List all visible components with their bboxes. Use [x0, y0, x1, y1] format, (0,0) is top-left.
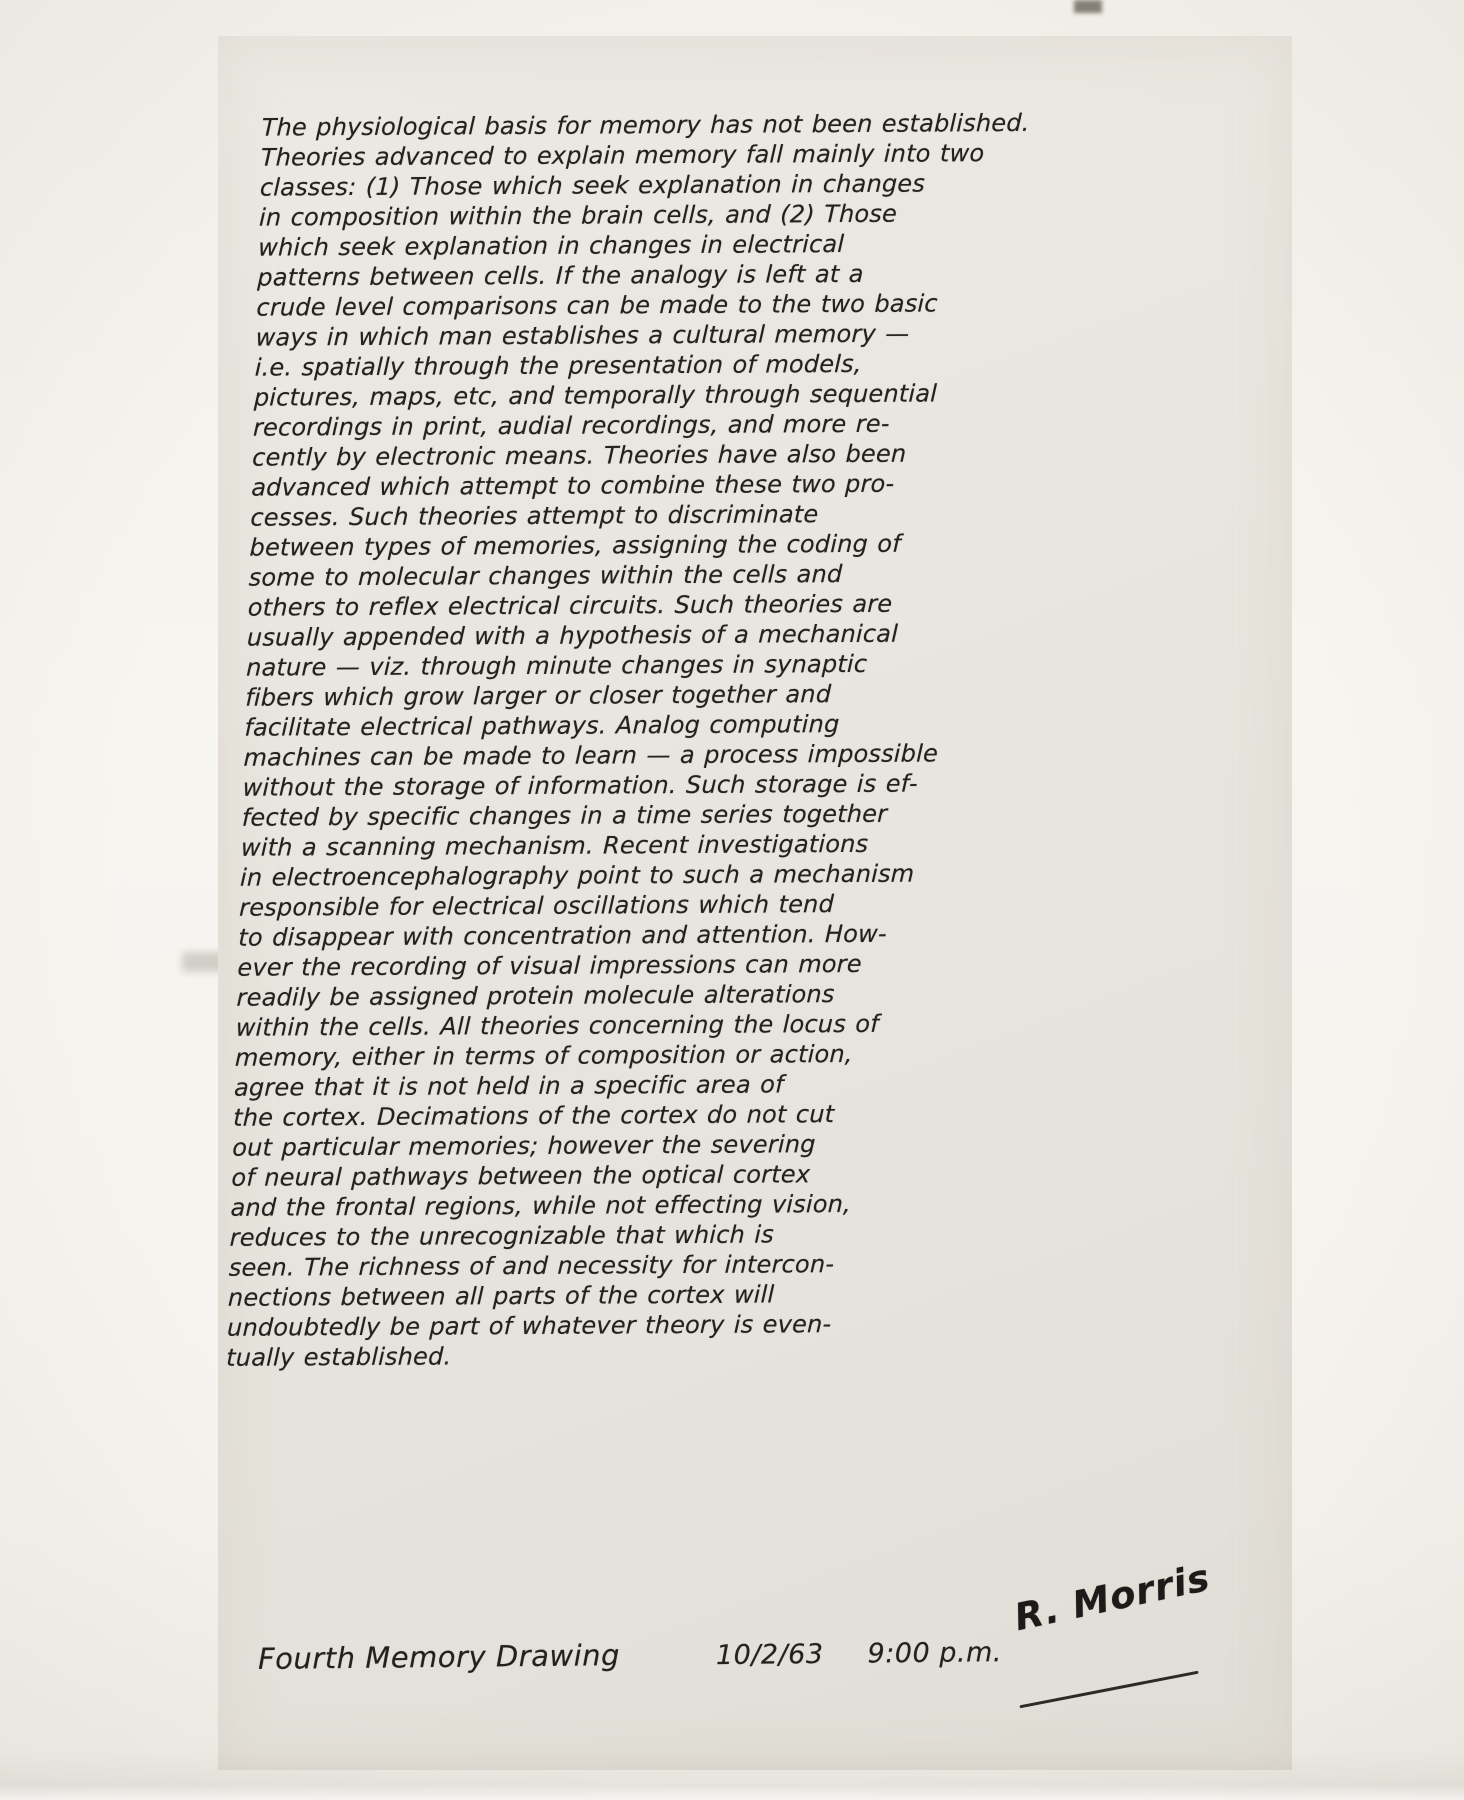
photo-edge-nick-artifact [1074, 0, 1102, 13]
manuscript-page: The physiological basis for memory has n… [218, 36, 1292, 1770]
photograph-print-background: The physiological basis for memory has n… [0, 0, 1464, 1800]
caption-title: Fourth Memory Drawing [258, 1638, 620, 1676]
signature-underline-flourish [1019, 1671, 1198, 1708]
caption-time: 9:00 p.m. [867, 1637, 1002, 1669]
handwritten-body-text: The physiological basis for memory has n… [226, 107, 1142, 1373]
caption-date: 10/2/63 [716, 1639, 824, 1671]
artist-signature: R. Morris [1011, 1556, 1214, 1639]
caption-row: Fourth Memory Drawing 10/2/63 9:00 p.m. [258, 1634, 1002, 1676]
